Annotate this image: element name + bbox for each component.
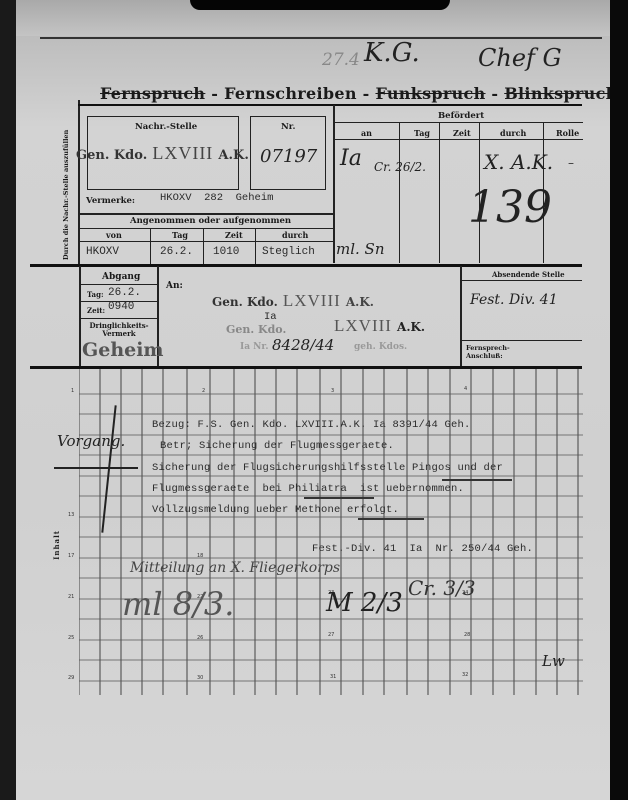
nachr-stelle-label: Nachr.-Stelle [135, 122, 197, 132]
divider [78, 228, 333, 229]
divider [333, 122, 583, 123]
grid-number: 25 [68, 635, 74, 641]
abgang-title: Abgang [102, 272, 140, 282]
signature-line: Fest.-Div. 41 Ia Nr. 250/44 Geh. [312, 543, 533, 555]
title-funkspruch: Funkspruch [375, 84, 485, 103]
handwritten-initial-4: Lw [542, 652, 565, 670]
stamp-ia: Ia [264, 311, 277, 323]
divider [78, 104, 582, 106]
an-recipient: Gen. Kdo. LXVIII A.K. [212, 291, 374, 311]
grid-number: 28 [464, 632, 470, 638]
scan-shadow [190, 0, 450, 10]
dringlichkeit-label: Dringlichkeits-Vermerk [86, 322, 152, 338]
divider [333, 139, 583, 140]
handwritten-initial-1: ml 8/3. [122, 585, 234, 623]
col-durch: durch [282, 230, 308, 240]
grid-number: 17 [68, 553, 74, 559]
divider [79, 318, 157, 319]
handwritten-initial-2: M 2/3 [326, 588, 403, 618]
divider [150, 228, 151, 264]
grid-number: 13 [68, 512, 74, 518]
divider [333, 105, 335, 263]
margin-underline [54, 467, 138, 469]
divider [439, 122, 440, 263]
grid-number: 32 [462, 672, 468, 678]
underline-pingos [442, 479, 512, 481]
stamp-nr-label: Ia Nr. [240, 342, 268, 352]
befoerdert-number: 139 [468, 182, 552, 233]
grid-number: 26 [197, 635, 203, 641]
col-an: an [361, 128, 372, 138]
grid-number: 21 [68, 594, 74, 600]
abgang-zeit: 0940 [108, 301, 134, 313]
title-fernspruch: Fernspruch [100, 84, 205, 103]
body-line-bezug: Bezug: F.S. Gen. Kdo. LXVIII.A.K. Ia 839… [152, 419, 471, 431]
underline-philiatra [304, 497, 374, 499]
grid-number: 2 [202, 388, 205, 394]
angenommen-tag: 26.2. [160, 246, 193, 258]
nr-label: Nr. [281, 122, 295, 132]
befoerdert-an: Ia [340, 146, 362, 171]
col-tag: Tag [172, 230, 188, 240]
angenommen-zeit: 1010 [213, 246, 239, 258]
grid-number: 18 [197, 553, 203, 559]
body-line-2: Flugmessgeraete bei Philiatra ist uebern… [152, 483, 464, 495]
divider [399, 122, 400, 263]
underline-methone [358, 518, 424, 520]
handwritten-initial-3: Cr. 3/3 [408, 576, 476, 600]
title-blinkspruch: Blinkspruch [504, 84, 617, 103]
angenommen-note: ml. Sn [336, 240, 385, 258]
col-tag: Tag [414, 128, 430, 138]
divider [30, 264, 582, 267]
angenommen-von: HKOXV [86, 246, 119, 258]
col-durch: durch [500, 128, 526, 138]
grid-number: 30 [197, 675, 203, 681]
divider [79, 284, 157, 285]
grid-number: 31 [330, 674, 336, 680]
body-line-betr: Betr; Sicherung der Flugmessgeraete. [160, 440, 394, 452]
divider [460, 266, 462, 366]
handwritten-chef: Chef G [478, 44, 562, 72]
body-line-1: Sicherung der Flugsicherungshilfsstelle … [152, 462, 503, 474]
an-label: An: [166, 281, 183, 291]
befoerdert-title: Befördert [438, 111, 484, 121]
divider [78, 241, 333, 242]
divider [78, 213, 333, 215]
abgang-zeit-label: Zeit: [87, 306, 105, 315]
grid-number: 1 [71, 388, 74, 394]
margin-note: Vorgang. [57, 432, 125, 450]
angenommen-durch: Steglich [262, 246, 315, 258]
befoerdert-rolle: – [568, 156, 574, 170]
nachr-stelle-value: Gen. Kdo. LXVIII A.K. [76, 143, 249, 164]
vermerke-label: Vermerke: [86, 196, 135, 206]
side-note: Durch die Nachr.-Stelle auszufüllen [62, 110, 70, 260]
form-title: Fernspruch - Fernschreiben - Funkspruch … [100, 84, 618, 103]
divider [203, 228, 204, 264]
abgang-tag-label: Tag: [87, 290, 104, 299]
title-fernschreiben: Fernschreiben [224, 84, 357, 103]
divider [79, 266, 81, 366]
absendende-value: Fest. Div. 41 [470, 292, 558, 308]
divider [460, 280, 582, 281]
absendende-label: Absendende Stelle [492, 270, 565, 279]
grid-number: 4 [464, 386, 467, 392]
stamp-gen-kdo: Gen. Kdo. [226, 323, 286, 336]
grid-number: 29 [68, 675, 74, 681]
col-von: von [106, 230, 122, 240]
stamp-geh-kdos: geh. Kdos. [354, 342, 407, 352]
scan-border-right [610, 0, 628, 800]
handwritten-kg: K.G. [364, 38, 420, 68]
stamp-nr-value: 8428/44 [272, 336, 334, 354]
befoerdert-durch: X. A.K. [484, 150, 553, 174]
angenommen-title: Angenommen oder aufgenommen [130, 216, 291, 226]
grid-number: 3 [331, 388, 334, 394]
handwritten-mitteilung: Mitteilung an X. Fliegerkorps [130, 560, 340, 576]
abgang-tag: 26.2. [108, 287, 141, 299]
col-zeit: Zeit [453, 128, 471, 138]
form-top-rule [40, 37, 602, 39]
body-line-3: Vollzugsmeldung ueber Methone erfolgt. [152, 504, 399, 516]
befoerdert-tag: Cr. 26/2. [374, 160, 426, 174]
dringlichkeit-value: Geheim [82, 339, 164, 361]
divider [460, 340, 582, 341]
grid-number: 27 [328, 632, 334, 638]
stamp-korps: LXVIII A.K. [334, 316, 425, 336]
scan-border-left [0, 0, 16, 800]
inhalt-label: Inhalt [52, 530, 61, 560]
nr-value: 07197 [260, 146, 317, 167]
vermerke-value: HKOXV 282 Geheim [160, 192, 273, 204]
fernsprech-label: Fernsprech-Anschluß: [466, 344, 526, 360]
col-zeit: Zeit [225, 230, 243, 240]
handwritten-date: 27.4 [322, 50, 360, 70]
col-rolle: Rolle [556, 128, 579, 138]
divider [255, 228, 256, 264]
